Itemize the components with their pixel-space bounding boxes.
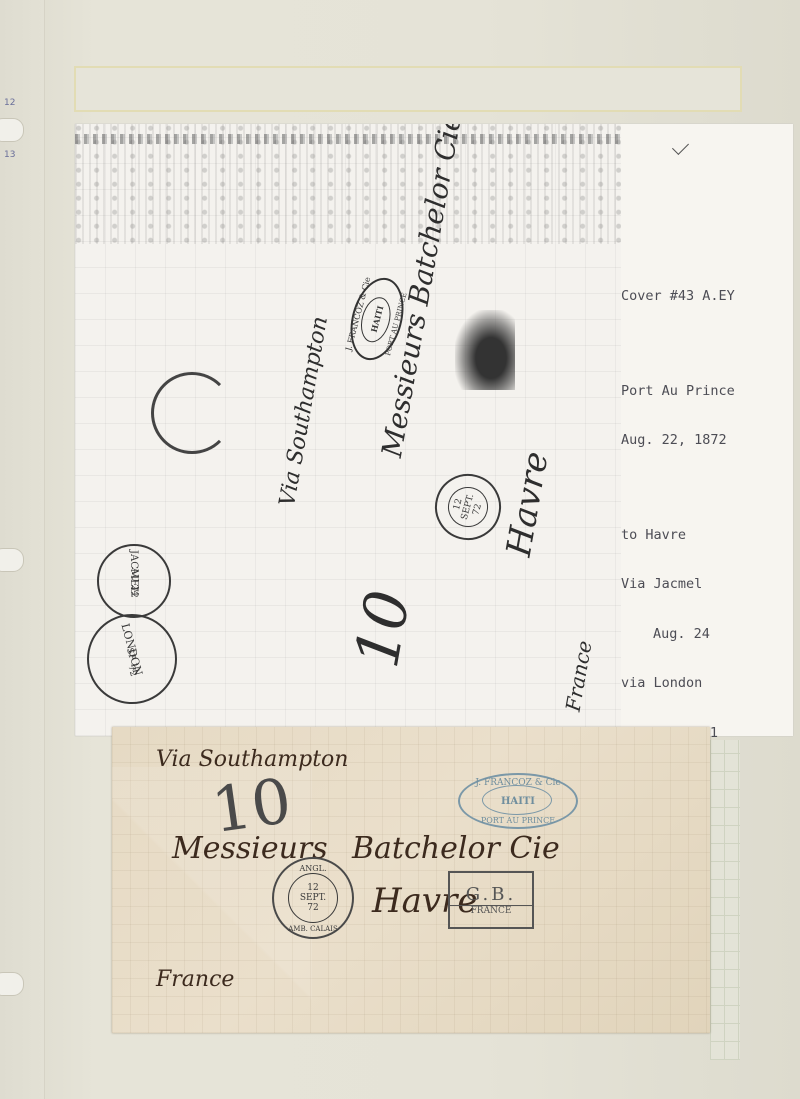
- country: France: [156, 967, 234, 992]
- album-page: 12 13 J. FRANCOZ & Cie HAITI PORT AU PRI…: [0, 0, 800, 1099]
- binder-hole: [0, 972, 24, 996]
- origin-date: Aug. 22, 1872: [621, 432, 735, 449]
- margin-number: 13: [4, 150, 15, 160]
- partial-postmark: [151, 372, 233, 454]
- box-mark-smudge: [455, 310, 515, 390]
- calais-postmark: ANGL. 12 SEPT. 72 AMB. CALAIS: [272, 857, 354, 939]
- binder-margin: [0, 0, 45, 1099]
- photocopy-image: J. FRANCOZ & Cie HAITI PORT AU PRINCE JA…: [75, 124, 621, 736]
- route-step: Via Jacmel: [621, 576, 735, 593]
- gb-accountancy-mark: G.B. FRANCE: [448, 871, 534, 929]
- route-note: Via Southampton: [275, 314, 333, 508]
- london-postmark: LONDON SP 11 72: [87, 614, 177, 704]
- route-step: via London: [621, 675, 735, 692]
- check-mark: [672, 138, 689, 155]
- jacmel-postmark: JACMEL AU 24 72: [97, 544, 171, 618]
- rate-marking: 10: [342, 585, 424, 672]
- destination: to Havre: [621, 527, 735, 544]
- empty-mount-strip: [74, 66, 742, 112]
- sender-cachet: J. FRANCOZ & Cie HAITI PORT AU PRINCE: [458, 773, 578, 829]
- cover-title: Cover #43 A.EY: [621, 288, 735, 305]
- margin-number: 12: [4, 98, 15, 108]
- country: France: [561, 639, 597, 713]
- binder-hole: [0, 118, 24, 142]
- grid-paper-edge: [710, 740, 740, 1060]
- origin: Port Au Prince: [621, 383, 735, 400]
- city: Havre: [499, 449, 557, 560]
- original-cover: Via Southampton 10 J. FRANCOZ & Cie HAIT…: [112, 727, 710, 1033]
- calais-postmark: 12 SEPT. 72: [428, 467, 509, 548]
- route-date: Aug. 24: [621, 626, 735, 643]
- addressee: Batchelor Cie: [352, 831, 560, 866]
- binder-hole: [0, 548, 24, 572]
